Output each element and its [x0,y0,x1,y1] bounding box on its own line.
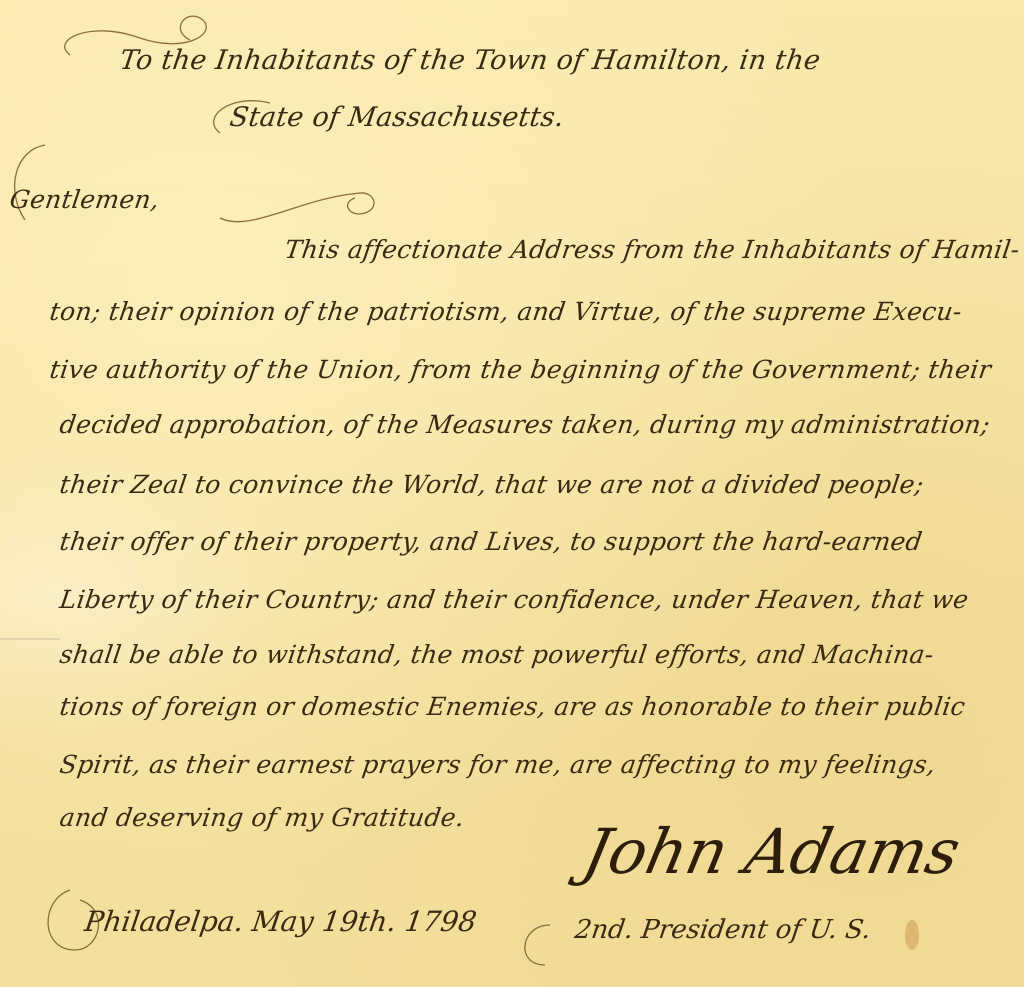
body-line: tive authority of the Union, from the be… [48,355,993,384]
letter-page: To the Inhabitants of the Town of Hamilt… [0,0,1024,987]
paper-fold-crease [0,638,60,640]
body-line: tions of foreign or domestic Enemies, ar… [58,692,967,721]
body-line: their Zeal to convince the World, that w… [58,470,926,499]
body-line: Spirit, as their earnest prayers for me,… [58,750,938,779]
signature: John Adams [577,815,966,888]
dateline: Philadelpa. May 19th. 1798 [83,905,479,938]
signer-title: 2nd. President of U. S. [573,915,873,945]
ink-stain [905,920,919,950]
address-line-2: State of Massachusetts. [228,102,566,133]
body-line: This affectionate Address from the Inhab… [283,235,1022,264]
flourish-title-icon [510,915,570,975]
body-line: decided approbation, of the Measures tak… [58,410,992,439]
flourish-body-icon [200,188,400,238]
body-line: ton; their opinion of the patriotism, an… [48,297,964,326]
body-line: and deserving of my Gratitude. [58,803,466,832]
body-line: Liberty of their Country; and their conf… [58,585,971,614]
address-line-1: To the Inhabitants of the Town of Hamilt… [118,45,823,76]
body-line: their offer of their property, and Lives… [58,527,924,556]
salutation: Gentlemen, [8,185,161,214]
body-line: shall be able to withstand, the most pow… [58,640,936,669]
